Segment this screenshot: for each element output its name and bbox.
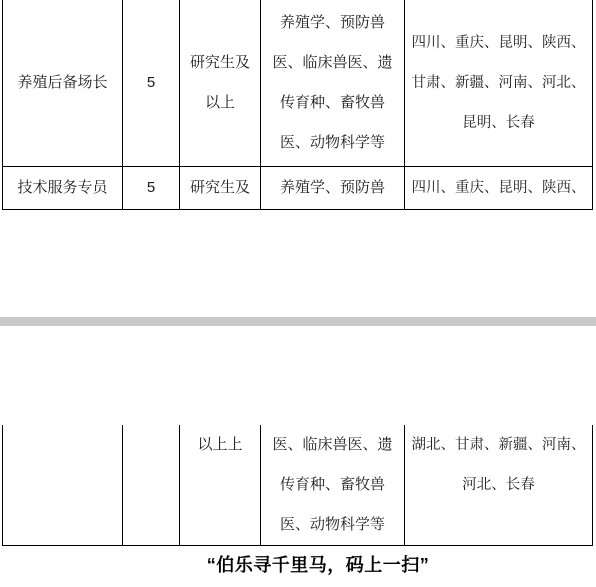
- majors-line: 医、临床兽医、遗: [261, 425, 404, 465]
- education-line: 以上: [180, 83, 260, 123]
- headcount-cell-empty: [123, 425, 180, 546]
- headcount-text: [123, 425, 179, 465]
- document-page: 养殖后备场长 5 研究生及 以上 养殖学、预防兽 医、临床兽医、遗 传育种、畜牧…: [0, 0, 596, 587]
- headcount-text: 5: [123, 168, 179, 208]
- position-cell-empty: [3, 425, 123, 546]
- majors-line: 医、临床兽医、遗: [261, 43, 404, 83]
- locations-line: 湖北、甘肃、新疆、河南、: [405, 425, 592, 465]
- position-cell: 技术服务专员: [3, 166, 123, 209]
- locations-cell: 四川、重庆、昆明、陕西、: [405, 166, 593, 209]
- majors-line: 医、动物科学等: [261, 505, 404, 545]
- position-text: 技术服务专员: [3, 168, 122, 208]
- education-cell: 研究生及: [180, 166, 261, 209]
- position-text: [3, 425, 122, 465]
- locations-line: 四川、重庆、昆明、陕西、: [405, 23, 592, 63]
- locations-cell: 四川、重庆、昆明、陕西、 甘肃、新疆、河南、河北、 昆明、长春: [405, 0, 593, 166]
- locations-line: 四川、重庆、昆明、陕西、: [405, 168, 592, 208]
- majors-line: 传育种、畜牧兽: [261, 83, 404, 123]
- education-line: 以上上: [180, 425, 260, 465]
- locations-cell: 湖北、甘肃、新疆、河南、 河北、长春: [405, 425, 593, 546]
- headcount-text: 5: [123, 63, 179, 103]
- position-text: 养殖后备场长: [3, 63, 122, 103]
- qr-slogan-caption: “伯乐寻千里马，码上一扫”: [20, 552, 596, 578]
- locations-line: 昆明、长春: [405, 103, 592, 143]
- majors-cell: 医、临床兽医、遗 传育种、畜牧兽 医、动物科学等: [261, 425, 405, 546]
- table-row: 技术服务专员 5 研究生及 养殖学、预防兽 四川、重庆、昆明、陕西、: [3, 166, 593, 209]
- education-cell: 研究生及 以上: [180, 0, 261, 166]
- education-line: 研究生及: [180, 168, 260, 208]
- headcount-cell: 5: [123, 0, 180, 166]
- locations-line: 甘肃、新疆、河南、河北、: [405, 63, 592, 103]
- majors-line: 医、动物科学等: [261, 123, 404, 163]
- education-line: 研究生及: [180, 43, 260, 83]
- headcount-cell: 5: [123, 166, 180, 209]
- majors-cell: 养殖学、预防兽 医、临床兽医、遗 传育种、畜牧兽 医、动物科学等: [261, 0, 405, 166]
- majors-line: 传育种、畜牧兽: [261, 465, 404, 505]
- recruitment-table-top-fragment: 养殖后备场长 5 研究生及 以上 养殖学、预防兽 医、临床兽医、遗 传育种、畜牧…: [2, 0, 593, 210]
- majors-line: 养殖学、预防兽: [261, 3, 404, 43]
- table-row: 养殖后备场长 5 研究生及 以上 养殖学、预防兽 医、临床兽医、遗 传育种、畜牧…: [3, 0, 593, 166]
- locations-line: 河北、长春: [405, 465, 592, 505]
- position-cell: 养殖后备场长: [3, 0, 123, 166]
- education-cell: 以上上: [180, 425, 261, 546]
- recruitment-table-continued-fragment: 以上上 医、临床兽医、遗 传育种、畜牧兽 医、动物科学等 湖北、甘肃、新疆、河南…: [2, 425, 593, 546]
- majors-cell: 养殖学、预防兽: [261, 166, 405, 209]
- majors-line: 养殖学、预防兽: [261, 168, 404, 208]
- page-break-separator: [0, 317, 596, 326]
- table-row: 以上上 医、临床兽医、遗 传育种、畜牧兽 医、动物科学等 湖北、甘肃、新疆、河南…: [3, 425, 593, 546]
